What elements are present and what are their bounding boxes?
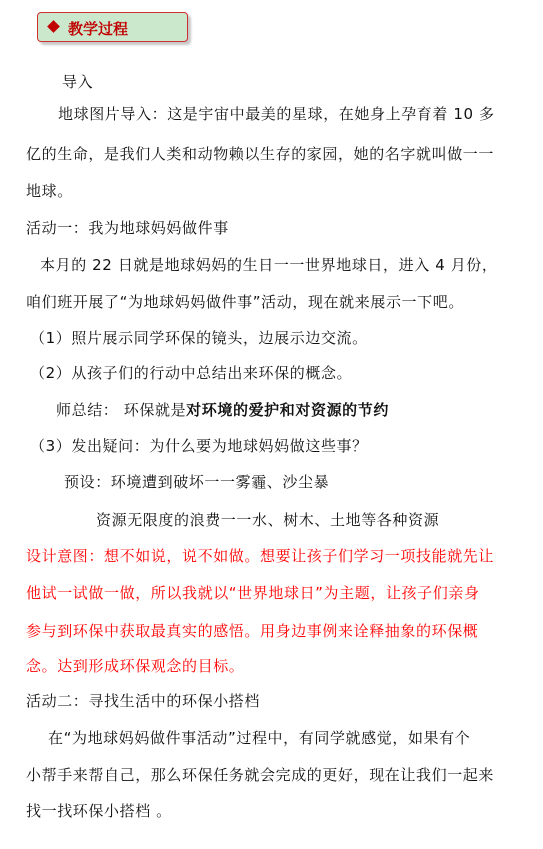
preset-line: 资源无限度的浪费一一水、树木、土地等各种资源 [96, 509, 439, 530]
paragraph-line: 找一找环保小搭档 。 [26, 800, 172, 821]
section-header: 教学过程 [37, 12, 188, 42]
preset-line: 预设：环境遭到破坏一一雾霾、沙尘暴 [64, 471, 329, 492]
summary-label: 师总结： 环保就是 [56, 401, 186, 419]
section-title: 教学过程 [68, 18, 128, 39]
design-intent-line: 设计意图：想不如说，说不如做。想要让孩子们学习一项技能就先让 [26, 545, 494, 566]
activity-2-heading: 活动二：寻找生活中的环保小搭档 [26, 690, 260, 711]
paragraph-line: 咱们班开展了“为地球妈妈做件事”活动，现在就来展示一下吧。 [26, 291, 464, 312]
intro-heading: 导入 [62, 71, 93, 92]
paragraph-line: 亿的生命，是我们人类和动物赖以生存的家园，她的名字就叫做一一 [26, 143, 494, 164]
summary-emphasis: 对环境的爱护和对资源的节约 [186, 401, 389, 419]
paragraph-line: 小帮手来帮自己，那么环保任务就会完成的更好，现在让我们一起来 [26, 764, 494, 785]
paragraph-line: 本月的 22 日就是地球妈妈的生日一一世界地球日，进入 4 月份， [40, 254, 498, 275]
list-item: （2）从孩子们的行动中总结出来环保的概念。 [30, 362, 352, 383]
list-item: （3）发出疑问：为什么要为地球妈妈做这些事？ [30, 435, 368, 456]
design-intent-line: 参与到环保中获取最真实的感悟。用身边事例来诠释抽象的环保概 [26, 620, 478, 641]
paragraph-line: 地球图片导入：这是宇宙中最美的星球，在她身上孕育着 10 多 [58, 103, 495, 124]
paragraph-line: 地球。 [26, 180, 73, 201]
activity-1-heading: 活动一：我为地球妈妈做件事 [26, 217, 229, 238]
list-item: （1）照片展示同学环保的镜头，边展示边交流。 [30, 327, 368, 348]
teacher-summary: 师总结： 环保就是对环境的爱护和对资源的节约 [56, 399, 389, 420]
design-intent-line: 念。达到形成环保观念的目标。 [26, 655, 244, 676]
diamond-icon [47, 20, 60, 33]
design-intent-line: 他试一试做一做，所以我就以“世界地球日”为主题，让孩子们亲身 [26, 582, 480, 603]
paragraph-line: 在“为地球妈妈做件事活动”过程中，有同学就感觉，如果有个 [48, 727, 470, 748]
